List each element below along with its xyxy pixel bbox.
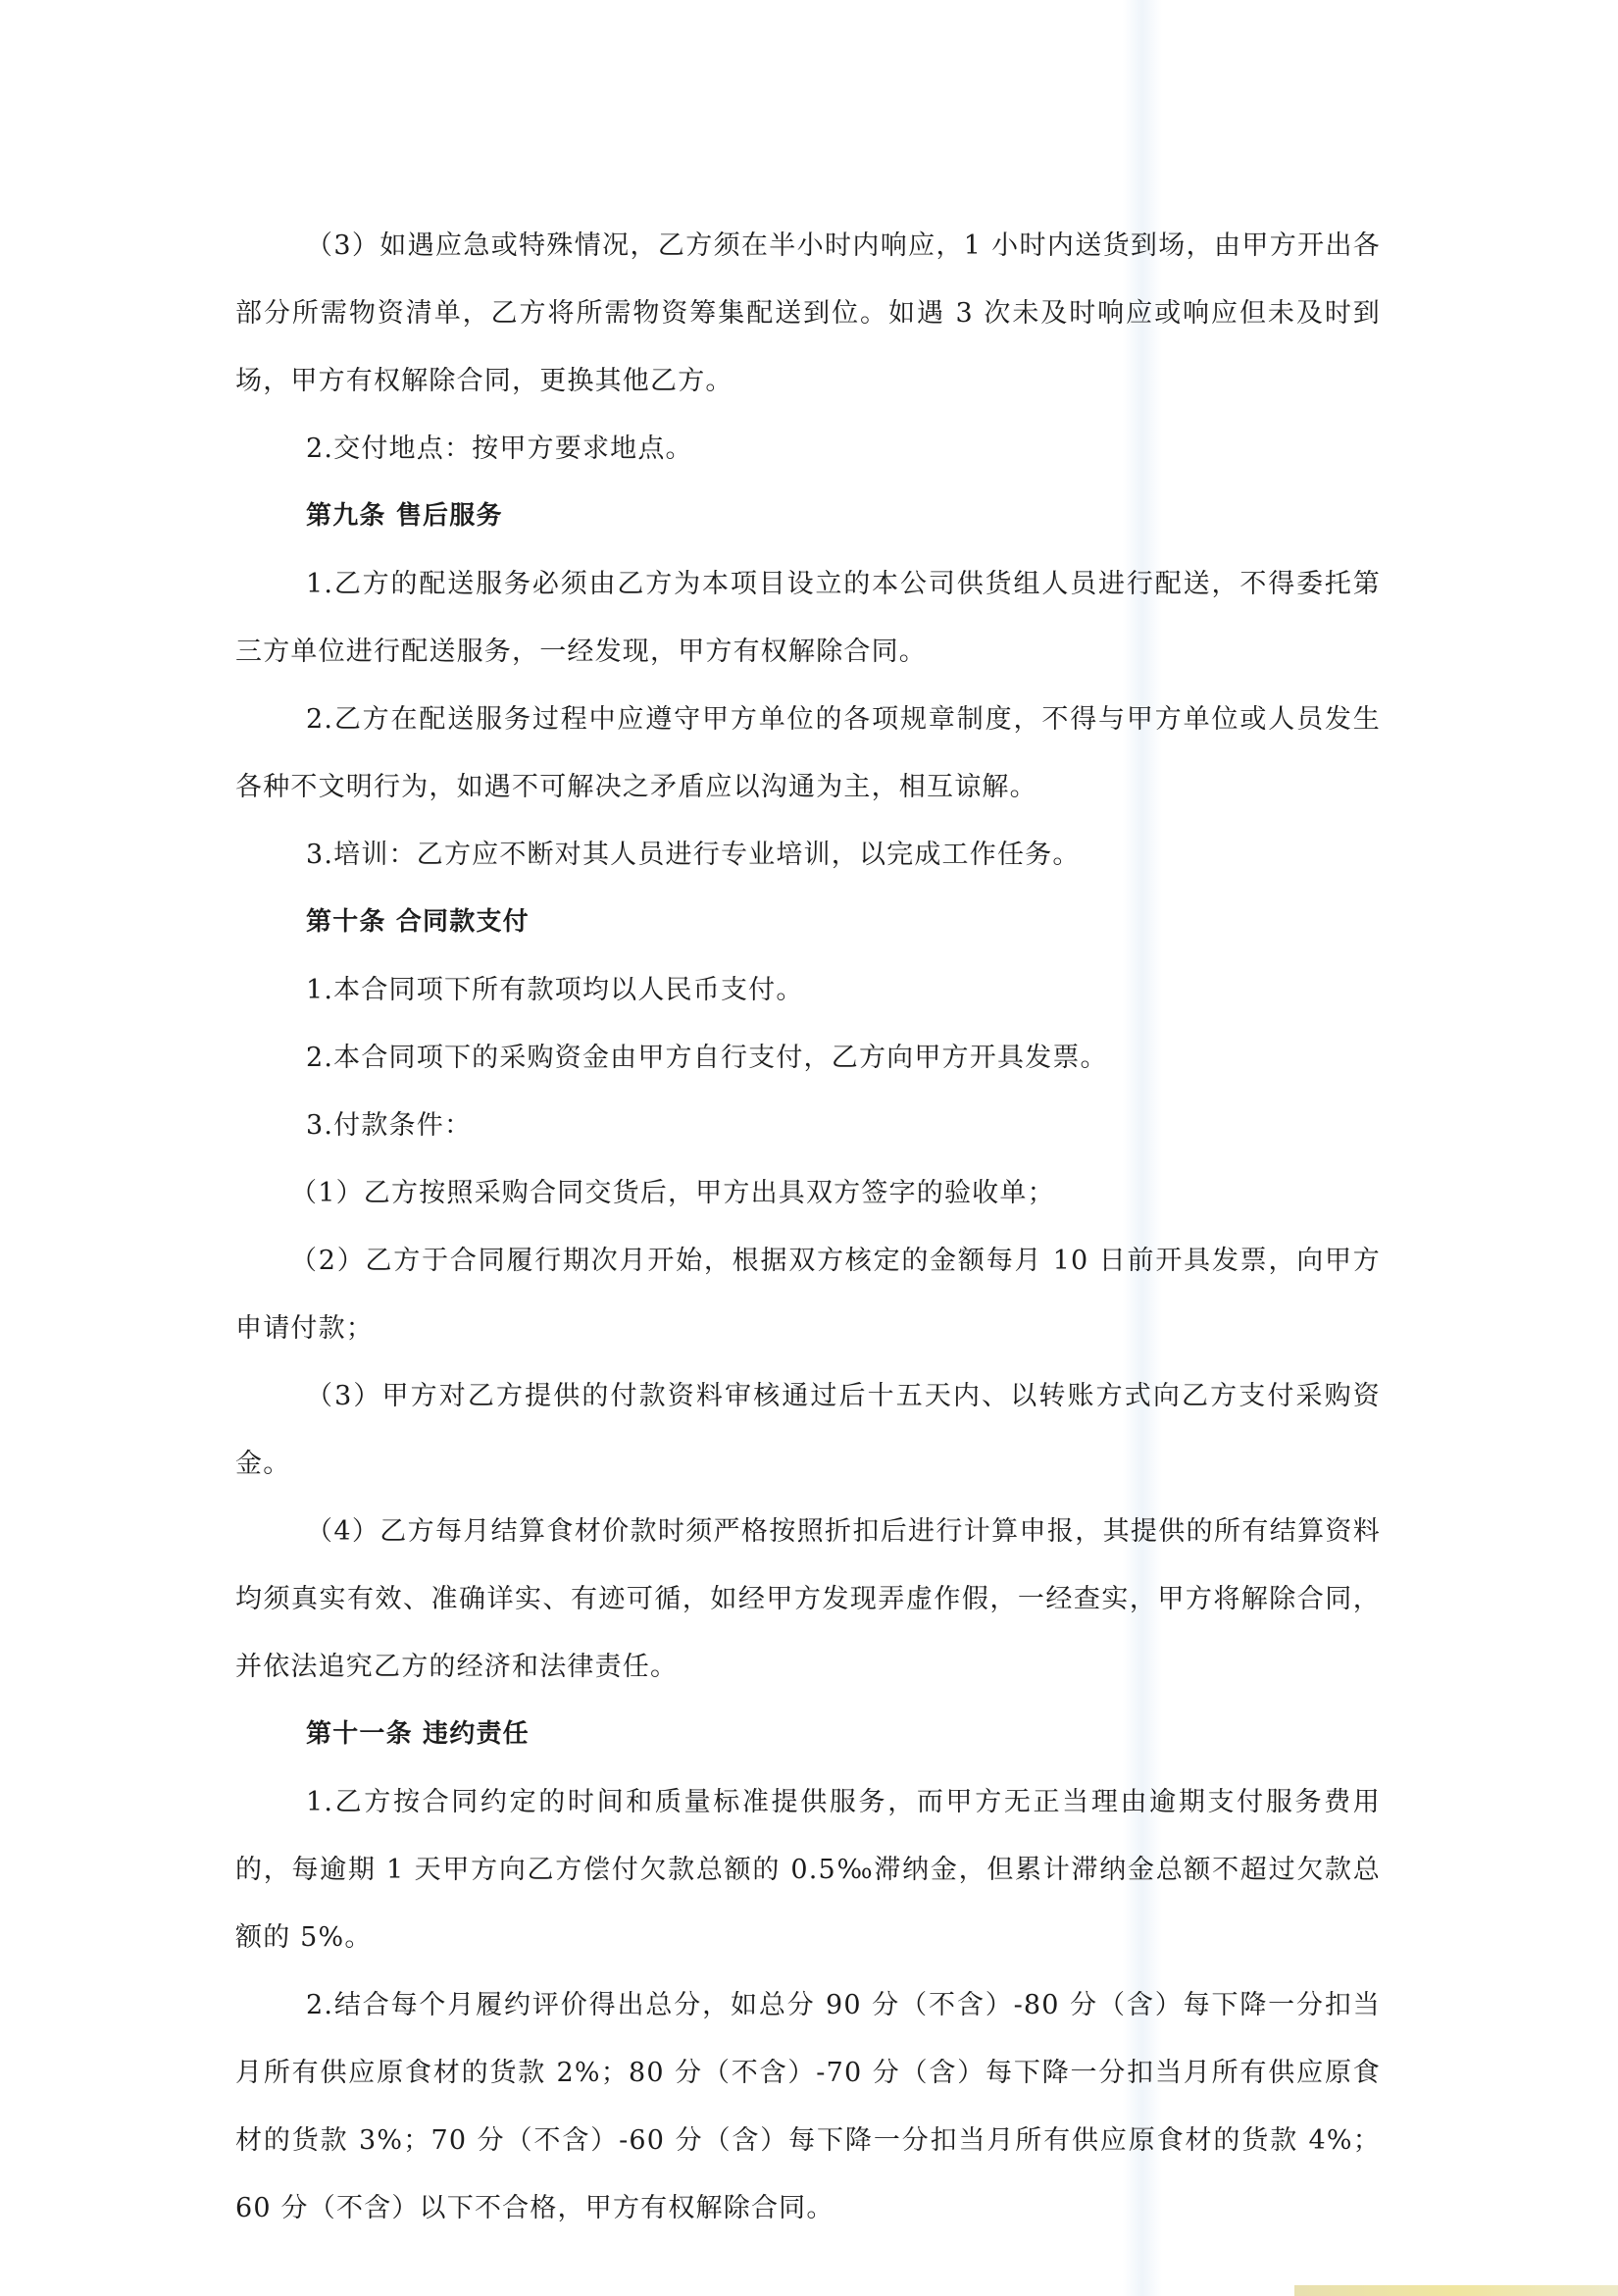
section-heading-article-9: 第九条 售后服务 <box>235 483 1381 550</box>
article-10-item-3: 3.付款条件： <box>235 1092 1381 1159</box>
clause-8-item-3-emergency: （3）如遇应急或特殊情况，乙方须在半小时内响应，1 小时内送货到场，由甲方开出各… <box>235 212 1381 415</box>
section-heading-article-10: 第十条 合同款支付 <box>235 889 1381 956</box>
article-10-item-1: 1.本合同项下所有款项均以人民币支付。 <box>235 956 1381 1024</box>
scan-edge-artifact <box>1294 2285 1618 2296</box>
payment-condition-4: （4）乙方每月结算食材价款时须严格按照折扣后进行计算申报，其提供的所有结算资料均… <box>235 1498 1381 1701</box>
article-11-item-1: 1.乙方按合同约定的时间和质量标准提供服务，而甲方无正当理由逾期支付服务费用的，… <box>235 1768 1381 1971</box>
article-11-item-2: 2.结合每个月履约评价得出总分，如总分 90 分（不含）-80 分（含）每下降一… <box>235 1971 1381 2242</box>
payment-condition-1: （1）乙方按照采购合同交货后，甲方出具双方签字的验收单； <box>235 1159 1381 1227</box>
payment-condition-2: （2）乙方于合同履行期次月开始，根据双方核定的金额每月 10 日前开具发票，向甲… <box>235 1227 1381 1362</box>
article-9-item-1: 1.乙方的配送服务必须由乙方为本项目设立的本公司供货组人员进行配送，不得委托第三… <box>235 550 1381 686</box>
payment-condition-3: （3）甲方对乙方提供的付款资料审核通过后十五天内、以转账方式向乙方支付采购资金。 <box>235 1362 1381 1498</box>
section-heading-article-11: 第十一条 违约责任 <box>235 1701 1381 1768</box>
article-10-item-2: 2.本合同项下的采购资金由甲方自行支付，乙方向甲方开具发票。 <box>235 1024 1381 1092</box>
scanned-contract-page: （3）如遇应急或特殊情况，乙方须在半小时内响应，1 小时内送货到场，由甲方开出各… <box>0 0 1618 2296</box>
article-9-item-3: 3.培训：乙方应不断对其人员进行专业培训，以完成工作任务。 <box>235 821 1381 889</box>
article-9-item-2: 2.乙方在配送服务过程中应遵守甲方单位的各项规章制度，不得与甲方单位或人员发生各… <box>235 686 1381 821</box>
contract-body: （3）如遇应急或特殊情况，乙方须在半小时内响应，1 小时内送货到场，由甲方开出各… <box>235 212 1381 2242</box>
clause-8-delivery-location: 2.交付地点：按甲方要求地点。 <box>235 415 1381 483</box>
